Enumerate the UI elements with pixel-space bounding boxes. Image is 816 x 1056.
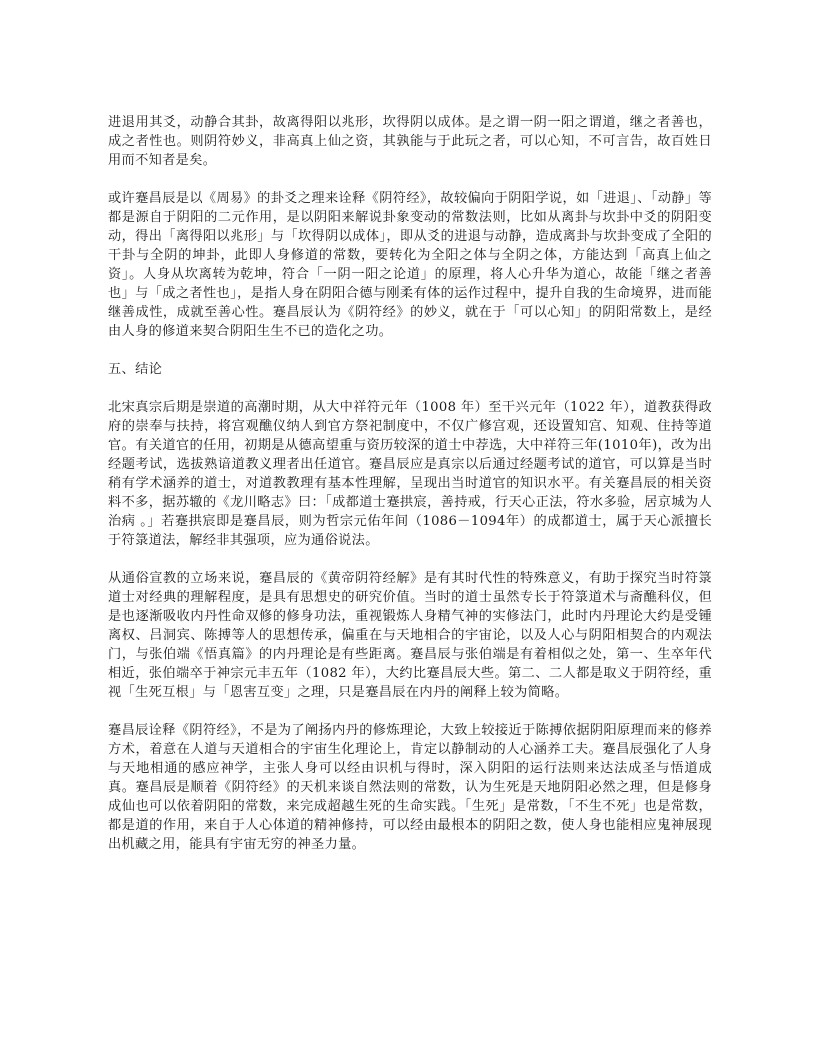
paragraph-conclusion-significance: 从通俗宣教的立场来说，蹇昌辰的《黄帝阴符经解》是有其时代性的特殊意义，有助于探究… (108, 569, 712, 702)
paragraph-conclusion-summary: 蹇昌辰诠释《阴符经》，不是为了阐扬内丹的修炼理论，大致上较接近于陈搏依据阴阳原理… (108, 721, 712, 854)
paragraph-gap (108, 702, 712, 721)
paragraph-gap (108, 170, 712, 189)
document-page: 进退用其爻，动静合其卦，故离得阳以兆形，坎得阴以成体。是之谓一阴一阳之谓道，继之… (108, 113, 712, 854)
paragraph-conclusion-history: 北宋真宗后期是崇道的高潮时期，从大中祥符元年（1008 年）至干兴元年（1022… (108, 398, 712, 550)
paragraph-quote-commentary: 进退用其爻，动静合其卦，故离得阳以兆形，坎得阴以成体。是之谓一阴一阳之谓道，继之… (108, 113, 712, 170)
paragraph-gap (108, 379, 712, 398)
paragraph-gap (108, 341, 712, 360)
paragraph-analysis: 或许蹇昌辰是以《周易》的卦爻之理来诠释《阴符经》，故较偏向于阴阳学说，如「进退」… (108, 189, 712, 341)
section-heading: 五、结论 (108, 360, 712, 379)
paragraph-gap (108, 550, 712, 569)
